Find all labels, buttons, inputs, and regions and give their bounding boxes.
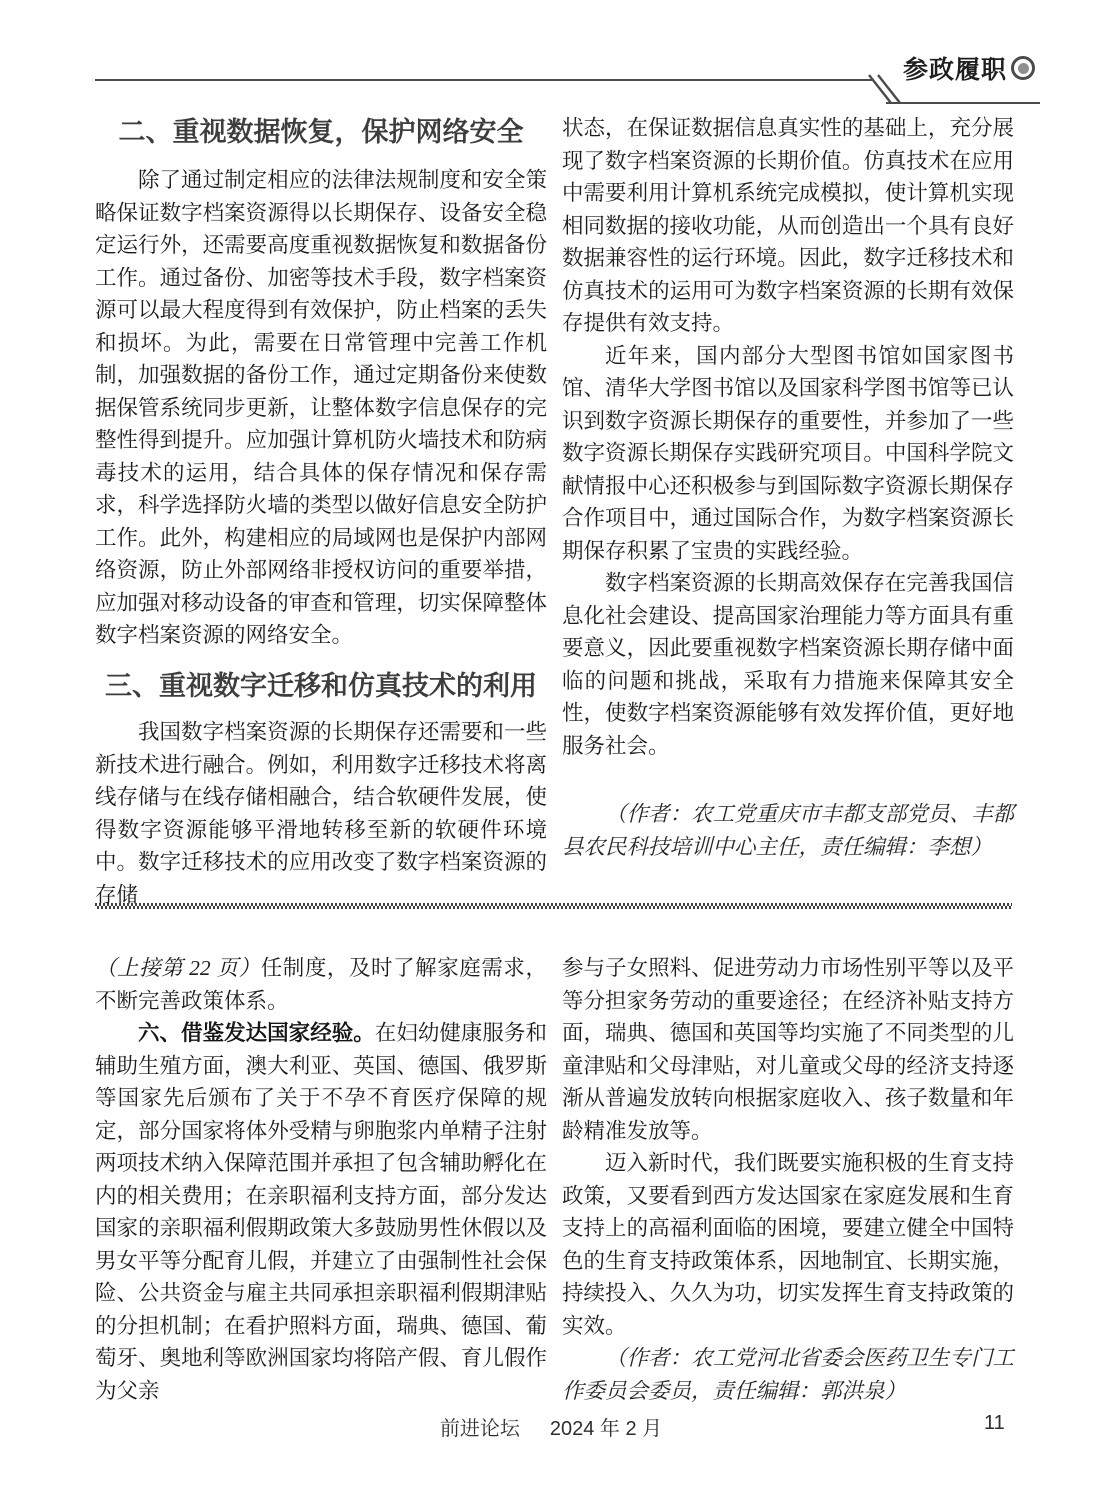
section-3-heading: 三、重视数字迁移和仿真技术的利用 xyxy=(95,668,547,704)
journal-title: 前进论坛 xyxy=(440,1418,520,1440)
section-6-paragraph-right: 参与子女照料、促进劳动力市场性别平等以及平等分担家务劳动的重要途径；在经济补贴支… xyxy=(562,952,1014,1147)
section-6-run-in-heading: 六、借鉴发达国家经验。 xyxy=(138,1021,375,1045)
top-right-column: 状态，在保证数据信息真实性的基础上，充分展现了数字档案资源的长期价值。仿真技术在… xyxy=(562,112,1014,863)
new-era-paragraph: 迈入新时代，我们既要实施积极的生育支持政策，又要看到西方发达国家在家庭发展和生育… xyxy=(562,1147,1014,1342)
conclusion-paragraph: 数字档案资源的长期高效保存在完善我国信息化社会建设、提高国家治理能力等方面具有重… xyxy=(562,567,1014,762)
magazine-page: 参政履职 二、重视数据恢复，保护网络安全 除了通过制定相应的法律法规制度和安全策… xyxy=(0,0,1102,1496)
bottom-right-column: 参与子女照料、促进劳动力市场性别平等以及平等分担家务劳动的重要途径；在经济补贴支… xyxy=(562,952,1014,1407)
page-number: 11 xyxy=(984,1412,1005,1435)
bullseye-icon xyxy=(1011,56,1035,80)
section-label: 参政履职 xyxy=(903,50,1005,86)
section-2-heading: 二、重视数据恢复，保护网络安全 xyxy=(95,114,547,150)
article-divider xyxy=(95,903,1012,909)
continued-paragraph: （上接第 22 页）任制度，及时了解家庭需求，不断完善政策体系。 xyxy=(95,952,547,1017)
header-rule-left xyxy=(95,79,872,81)
top-left-column: 二、重视数据恢复，保护网络安全 除了通过制定相应的法律法规制度和安全策略保证数字… xyxy=(95,112,547,911)
libraries-paragraph: 近年来，国内部分大型图书馆如国家图书馆、清华大学图书馆以及国家科学图书馆等已认识… xyxy=(562,340,1014,568)
continued-from-label: （上接第 22 页） xyxy=(95,956,261,980)
section-2-paragraph: 除了通过制定相应的法律法规制度和安全策略保证数字档案资源得以长期保存、设备安全稳… xyxy=(95,164,547,652)
issue-date: 2024 年 2 月 xyxy=(550,1418,662,1440)
section-6-paragraph-left: 六、借鉴发达国家经验。在妇幼健康服务和辅助生殖方面，澳大利亚、英国、德国、俄罗斯… xyxy=(95,1017,547,1407)
author-note-fertility: （作者：农工党河北省委会医药卫生专门工作委员会委员，责任编辑：郭洪泉） xyxy=(562,1342,1014,1407)
page-footer: 前进论坛2024 年 2 月 xyxy=(0,1412,1102,1441)
section-3-paragraph-left: 我国数字档案资源的长期保存还需要和一些新技术进行融合。例如，利用数字迁移技术将离… xyxy=(95,716,547,911)
section-3-paragraph-right: 状态，在保证数据信息真实性的基础上，充分展现了数字档案资源的长期价值。仿真技术在… xyxy=(562,112,1014,340)
bottom-left-column: （上接第 22 页）任制度，及时了解家庭需求，不断完善政策体系。 六、借鉴发达国… xyxy=(95,952,547,1407)
header-rule-right xyxy=(886,102,1040,104)
author-note-archives: （作者：农工党重庆市丰都支部党员、丰都县农民科技培训中心主任，责任编辑：李想） xyxy=(562,798,1014,863)
section-6-text-left: 在妇幼健康服务和辅助生殖方面，澳大利亚、英国、德国、俄罗斯等国家先后颁布了关于不… xyxy=(95,1021,547,1403)
